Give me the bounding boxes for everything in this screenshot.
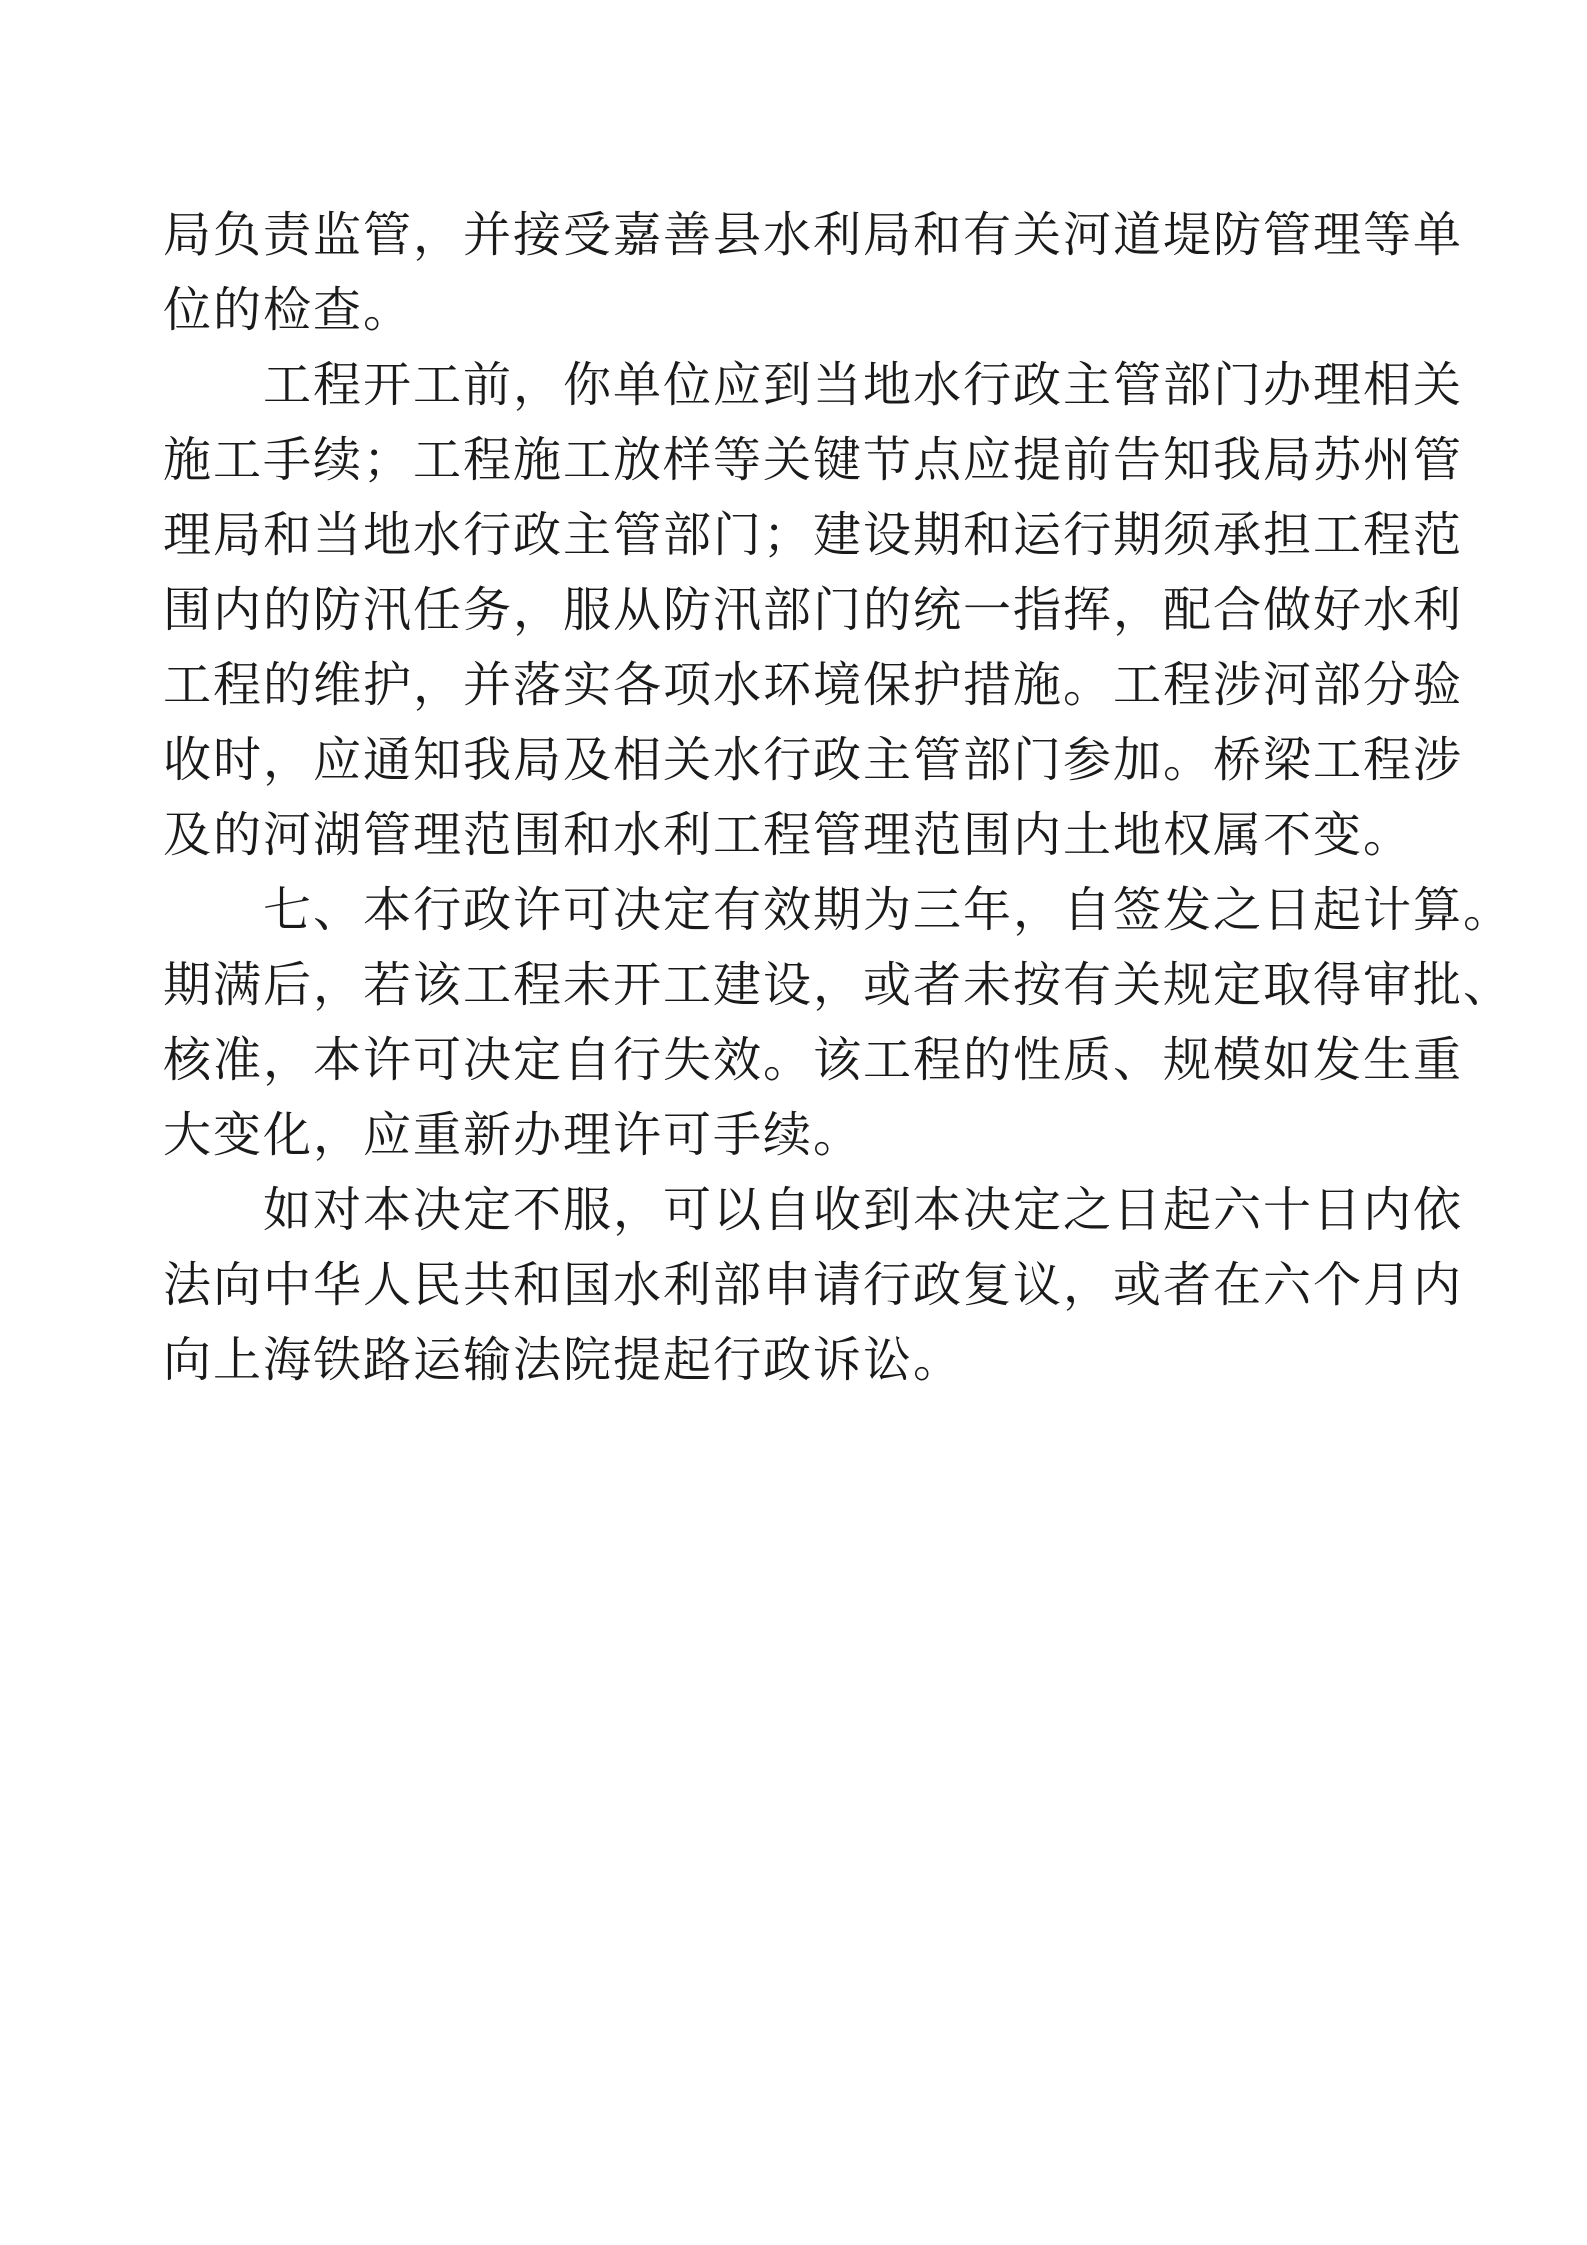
text-line: 法向中华人民共和国水利部申请行政复议，或者在六个月内 [163, 1248, 1427, 1323]
text-line: 位的检查。 [163, 273, 1427, 348]
text-line: 理局和当地水行政主管部门；建设期和运行期须承担工程范 [163, 498, 1427, 573]
text-line: 局负责监管，并接受嘉善县水利局和有关河道堤防管理等单 [163, 198, 1427, 273]
text-line: 大变化，应重新办理许可手续。 [163, 1098, 1427, 1173]
text-line: 期满后，若该工程未开工建设，或者未按有关规定取得审批、 [163, 948, 1427, 1023]
text-line: 向上海铁路运输法院提起行政诉讼。 [163, 1323, 1427, 1398]
text-line: 施工手续；工程施工放样等关键节点应提前告知我局苏州管 [163, 423, 1427, 498]
document-text-block: 局负责监管，并接受嘉善县水利局和有关河道堤防管理等单 位的检查。 工程开工前，你… [163, 198, 1427, 1398]
text-line: 七、本行政许可决定有效期为三年，自签发之日起计算。 [163, 873, 1427, 948]
text-line: 如对本决定不服，可以自收到本决定之日起六十日内依 [163, 1173, 1427, 1248]
text-line: 工程的维护，并落实各项水环境保护措施。工程涉河部分验 [163, 648, 1427, 723]
text-line: 工程开工前，你单位应到当地水行政主管部门办理相关 [163, 348, 1427, 423]
text-line: 围内的防汛任务，服从防汛部门的统一指挥，配合做好水利 [163, 573, 1427, 648]
document-page: 局负责监管，并接受嘉善县水利局和有关河道堤防管理等单 位的检查。 工程开工前，你… [0, 0, 1587, 2245]
text-line: 收时，应通知我局及相关水行政主管部门参加。桥梁工程涉 [163, 723, 1427, 798]
text-line: 及的河湖管理范围和水利工程管理范围内土地权属不变。 [163, 798, 1427, 873]
text-line: 核准，本许可决定自行失效。该工程的性质、规模如发生重 [163, 1023, 1427, 1098]
